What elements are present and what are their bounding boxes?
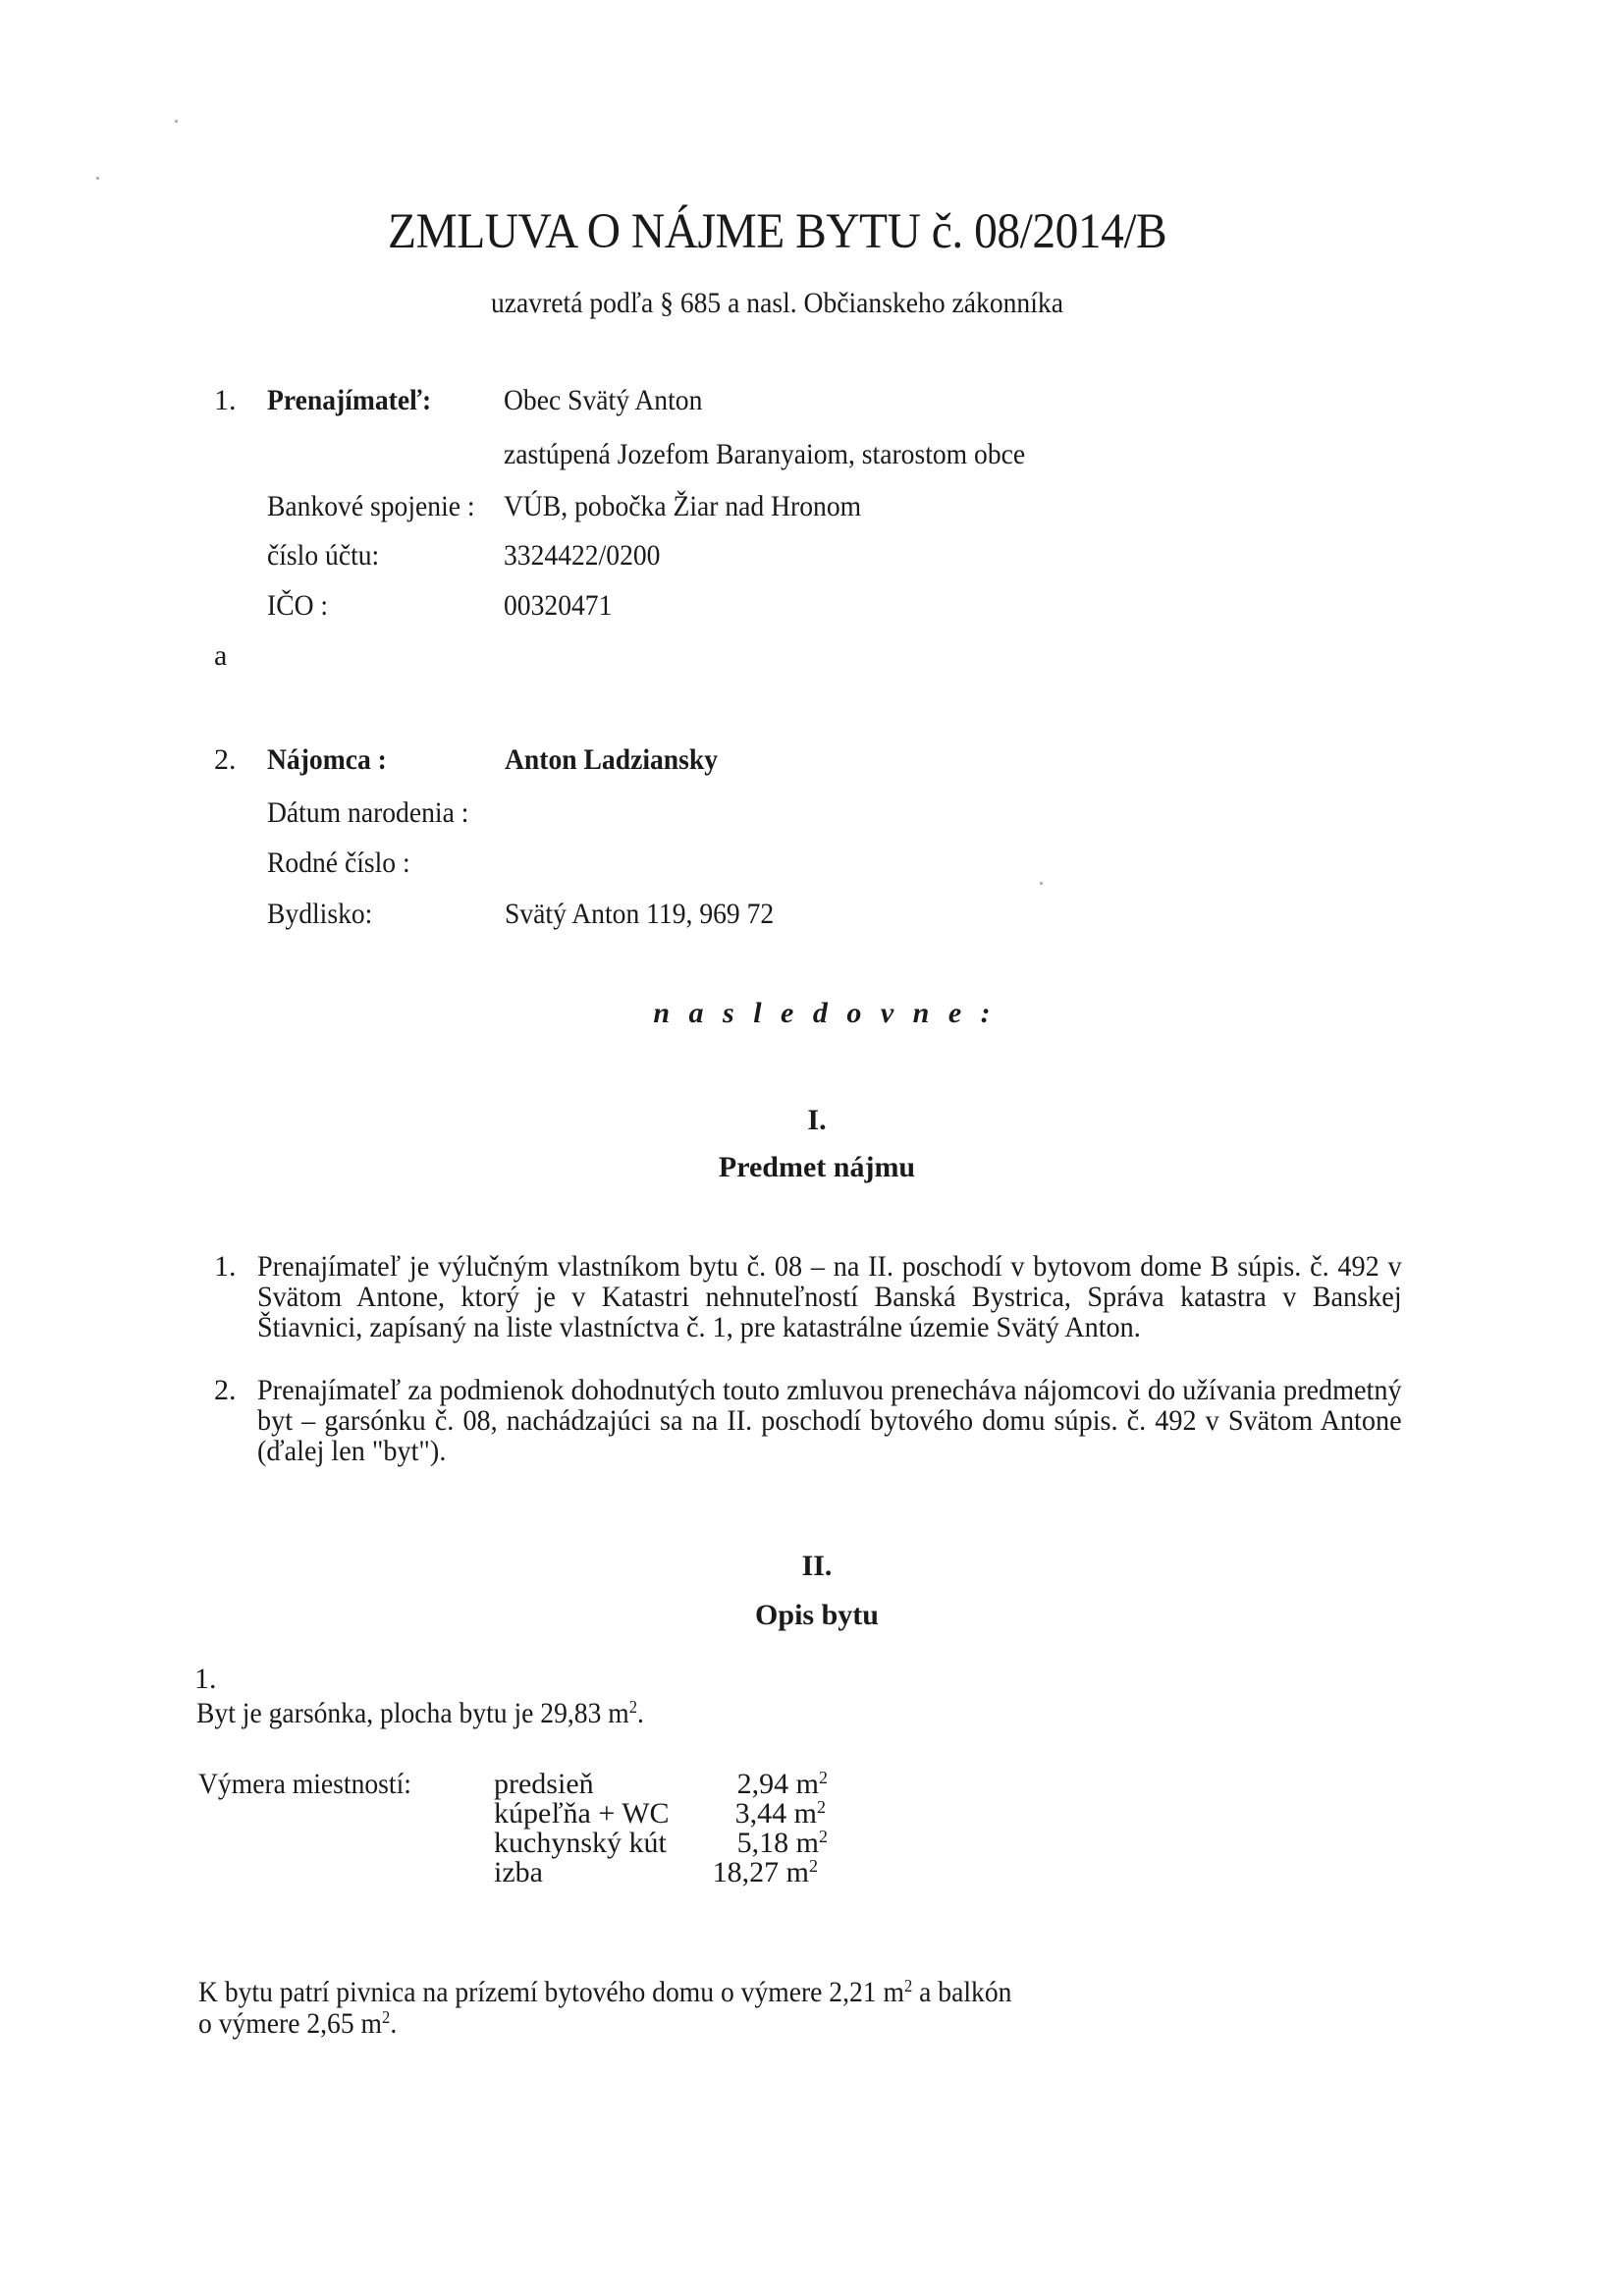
rooms-label: Výmera miestností:: [198, 1768, 411, 1801]
party-number: 1.: [214, 384, 237, 417]
party-number: 2.: [214, 743, 237, 777]
section-1-paragraph-1: 1. Prenajímateľ je výlučným vlastníkom b…: [214, 1251, 1404, 1342]
paragraph-number: 2.: [214, 1375, 237, 1405]
room-row: izba 18,27 m2: [494, 1856, 828, 1886]
paragraph-text: Prenajímateľ je výlučným vlastníkom bytu…: [257, 1251, 1402, 1342]
ico-value: 00320471: [504, 589, 612, 623]
landlord-heading: Prenajímateľ:: [267, 384, 431, 417]
cellar-balcony-line-1: K bytu patrí pivnica na prízemí bytového…: [198, 1976, 1011, 2009]
landlord-name: Obec Svätý Anton: [504, 384, 702, 417]
ico-label: IČO :: [267, 589, 328, 623]
scan-speck: [175, 120, 178, 123]
apartment-area-end: .: [637, 1697, 644, 1729]
room-area: 2,94 m2: [737, 1768, 828, 1801]
birth-number-label: Rodné číslo :: [267, 847, 410, 880]
residence-label: Bydlisko:: [267, 898, 372, 931]
apartment-area: Byt je garsónka, plocha bytu je 29,83 m2…: [196, 1697, 644, 1730]
apartment-area-text: Byt je garsónka, plocha bytu je 29,83 m: [196, 1697, 629, 1729]
room-name: predsieň: [494, 1768, 594, 1801]
as-follows-text: n a s l e d o v n e :: [653, 997, 996, 1029]
room-area: 18,27 m2: [713, 1856, 818, 1889]
landlord-representative: zastúpená Jozefom Baranyaiom, starostom …: [504, 438, 1025, 471]
tenant-heading: Nájomca :: [267, 743, 387, 777]
birth-date-label: Dátum narodenia :: [267, 796, 468, 830]
document-title: ZMLUVA O NÁJME BYTU č. 08/2014/B: [388, 203, 1166, 260]
cellar-balcony-line-2: o výmere 2,65 m2.: [198, 2007, 397, 2041]
section-1-numeral: I.: [621, 1104, 1013, 1137]
section-2-item-number: 1.: [194, 1663, 217, 1696]
document-subtitle: uzavretá podľa § 685 a nasl. Občianskeho…: [491, 287, 1063, 320]
account-value: 3324422/0200: [504, 539, 660, 573]
room-row: kúpeľňa + WC 3,44 m2: [494, 1797, 828, 1827]
room-row: predsieň 2,94 m2: [494, 1768, 828, 1797]
residence-value: Svätý Anton 119, 969 72: [505, 898, 774, 931]
paragraph-number: 1.: [214, 1251, 237, 1282]
section-2-numeral: II.: [621, 1550, 1013, 1583]
room-area: 5,18 m2: [737, 1827, 828, 1860]
as-follows-heading: n a s l e d o v n e :: [628, 997, 1021, 1030]
conjunction: a: [214, 639, 227, 673]
bank-label: Bankové spojenie :: [267, 490, 475, 523]
bank-value: VÚB, pobočka Žiar nad Hronom: [504, 490, 861, 523]
room-row: kuchynský kút 5,18 m2: [494, 1827, 828, 1856]
section-1-paragraph-2: 2. Prenajímateľ za podmienok dohodnutých…: [214, 1375, 1404, 1466]
room-area: 3,44 m2: [735, 1797, 826, 1831]
room-name: izba: [494, 1856, 543, 1889]
room-name: kúpeľňa + WC: [494, 1797, 670, 1831]
section-1-heading: Predmet nájmu: [621, 1151, 1013, 1184]
room-name: kuchynský kút: [494, 1827, 667, 1860]
account-label: číslo účtu:: [267, 539, 379, 573]
scan-speck: [96, 177, 99, 180]
scan-speck: [1040, 882, 1043, 885]
paragraph-text: Prenajímateľ za podmienok dohodnutých to…: [257, 1375, 1402, 1466]
tenant-name: Anton Ladziansky: [505, 743, 718, 777]
superscript: 2: [629, 1697, 637, 1717]
section-2-heading: Opis bytu: [621, 1599, 1013, 1632]
